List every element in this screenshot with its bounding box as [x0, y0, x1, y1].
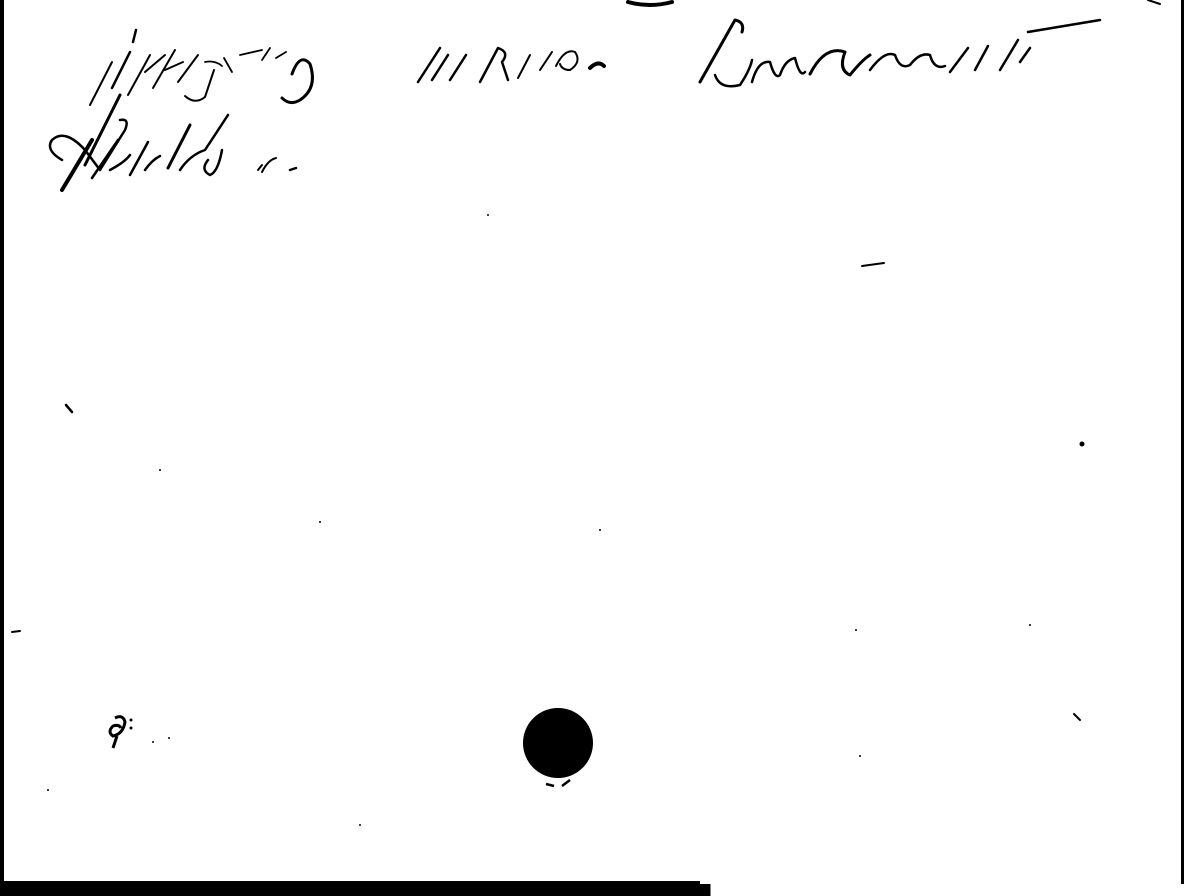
folio-number — [103, 712, 183, 756]
scanned-card: …уфийской школы. Кашинский Ильб. 9 — [0, 0, 1184, 896]
folio-mark-icon — [103, 712, 183, 752]
scan-border-bottom-edge — [0, 884, 1184, 896]
seal-drip-icon — [540, 776, 580, 790]
ink-seal-mark — [523, 708, 593, 778]
handwriting-strokes — [0, 0, 1184, 896]
